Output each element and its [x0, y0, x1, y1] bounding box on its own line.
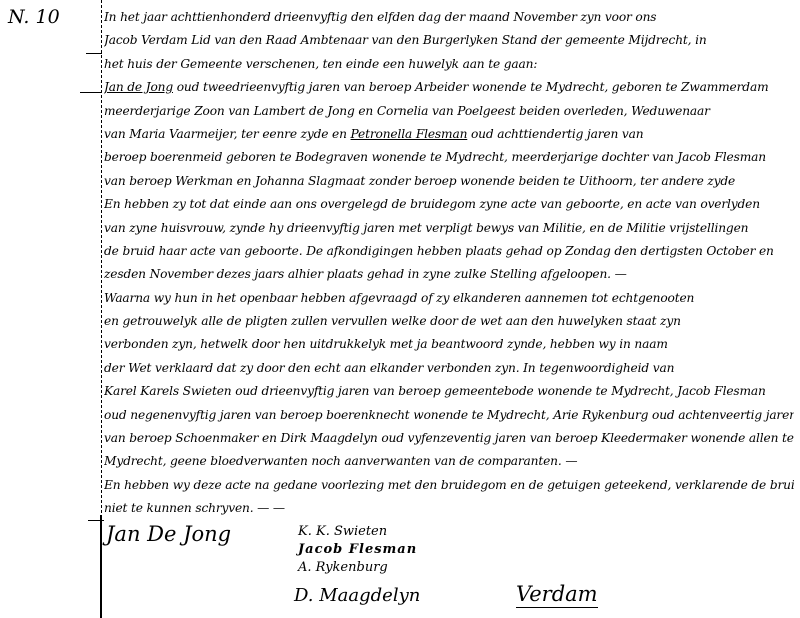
- record-line: Karel Karels Swieten oud drieenvyftig ja…: [104, 380, 794, 403]
- record-line: beroep boerenmeid geboren te Bodegraven …: [104, 146, 794, 169]
- record-line: van beroep Werkman en Johanna Slagmaat z…: [104, 170, 794, 193]
- record-line: oud negenenvyftig jaren van beroep boere…: [104, 404, 794, 427]
- signature-groom: Jan De Jong: [106, 522, 231, 546]
- record-line: In het jaar achttienhonderd drieenvyftig…: [104, 6, 794, 29]
- record-line: niet te kunnen schryven. — —: [104, 497, 794, 520]
- margin-flourish-mark: [86, 53, 102, 54]
- signature-block: Jan De Jong K. K. Swieten Jacob Flesman …: [104, 522, 794, 618]
- record-line-groom: Jan de Jong oud tweedrieenvyftig jaren v…: [104, 76, 794, 99]
- margin-rule-lower: [100, 515, 102, 618]
- record-line: der Wet verklaard dat zy door den echt a…: [104, 357, 794, 380]
- signature-witness: Jacob Flesman: [298, 542, 417, 557]
- record-line: het huis der Gemeente verschenen, ten ei…: [104, 53, 794, 76]
- record-line-bride: van Maria Vaarmeijer, ter eenre zyde en …: [104, 123, 794, 146]
- record-line: van zyne huisvrouw, zynde hy drieenvyfti…: [104, 217, 794, 240]
- record-line: van beroep Schoenmaker en Dirk Maagdelyn…: [104, 427, 794, 450]
- record-line: Mydrecht, geene bloedverwanten noch aanv…: [104, 450, 794, 473]
- signature-witness: K. K. Swieten: [298, 524, 387, 539]
- bride-details: oud achttiendertig jaren van: [467, 127, 643, 141]
- record-line: en getrouwelyk alle de pligten zullen ve…: [104, 310, 794, 333]
- record-body: In het jaar achttienhonderd drieenvyftig…: [104, 6, 794, 521]
- margin-tick-mark: [88, 520, 104, 521]
- record-line: meerderjarige Zoon van Lambert de Jong e…: [104, 100, 794, 123]
- signature-witness: A. Rykenburg: [298, 560, 388, 575]
- record-line: En hebben wy deze acte na gedane voorlez…: [104, 474, 794, 497]
- marriage-record-page: N. 10 In het jaar achttienhonderd drieen…: [0, 0, 800, 618]
- bride-name: Petronella Flesman: [351, 127, 468, 141]
- groom-details: oud tweedrieenvyftig jaren van beroep Ar…: [177, 80, 769, 94]
- signature-official: Verdam: [516, 582, 598, 608]
- record-line: Jacob Verdam Lid van den Raad Ambtenaar …: [104, 29, 794, 52]
- record-number: N. 10: [8, 6, 60, 28]
- margin-flourish-mark: [80, 92, 102, 93]
- record-line: de bruid haar acte van geboorte. De afko…: [104, 240, 794, 263]
- signature-witness: D. Maagdelyn: [294, 585, 420, 606]
- bride-prefix: van Maria Vaarmeijer, ter eenre zyde en: [104, 127, 351, 141]
- record-line: zesden November dezes jaars alhier plaat…: [104, 263, 794, 286]
- record-line: verbonden zyn, hetwelk door hen uitdrukk…: [104, 333, 794, 356]
- groom-name: Jan de Jong: [104, 80, 173, 94]
- record-line: Waarna wy hun in het openbaar hebben afg…: [104, 287, 794, 310]
- record-line: En hebben zy tot dat einde aan ons overg…: [104, 193, 794, 216]
